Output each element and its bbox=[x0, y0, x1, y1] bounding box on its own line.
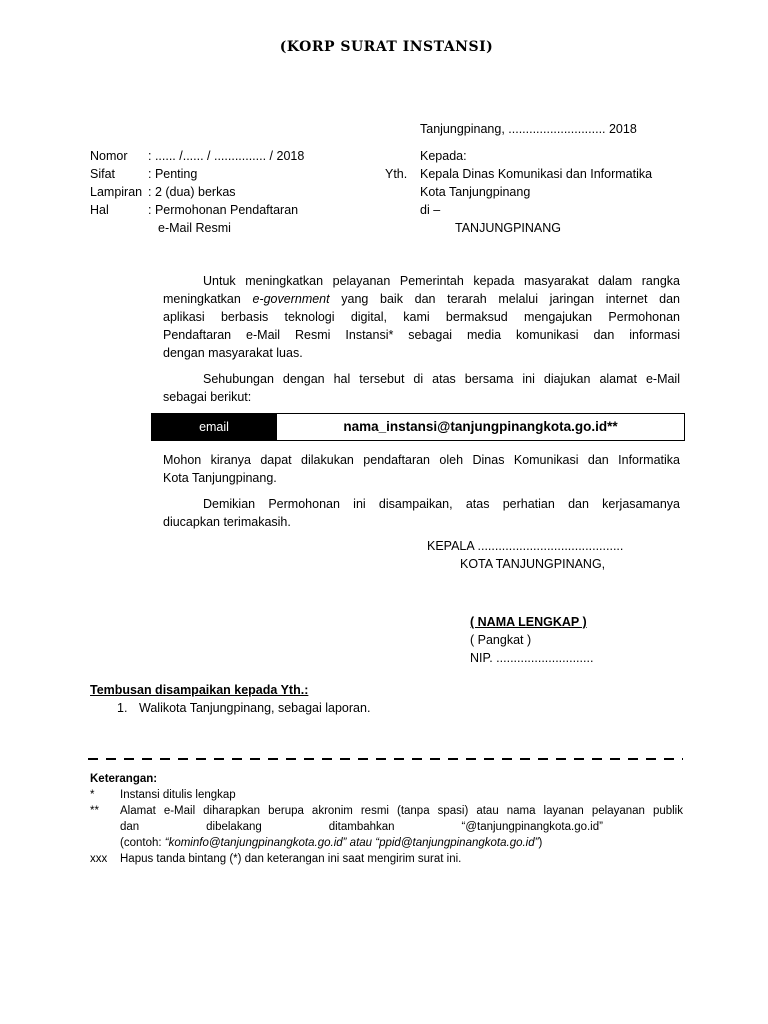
keterangan-item-double-star: ** Alamat e-Mail diharapkan berupa akron… bbox=[90, 803, 683, 851]
word-domain: “@tanjungpinangkota.go.id” bbox=[462, 819, 603, 835]
contoh-suffix: ) bbox=[538, 837, 542, 849]
paragraph-4: Demikian Permohonan ini disampaikan, ata… bbox=[163, 495, 680, 531]
meta-row-lampiran: Lampiran : 2 (dua) berkas bbox=[90, 183, 385, 201]
recipient-city-caps: TANJUNGPINANG bbox=[385, 219, 683, 237]
word-dan: dan bbox=[120, 819, 139, 835]
p3-line2: Kota Tanjungpinang. bbox=[163, 469, 680, 487]
p1-line1: Untuk meningkatkan pelayanan Pemerintah … bbox=[163, 272, 680, 290]
email-table: email nama_instansi@tanjungpinangkota.go… bbox=[151, 413, 685, 441]
dashed-divider bbox=[88, 758, 683, 760]
p3-line1: Mohon kiranya dapat dilakukan pendaftara… bbox=[163, 451, 680, 469]
letter-document: (KORP SURAT INSTANSI) Tanjungpinang, ...… bbox=[0, 0, 768, 1024]
contoh-examples: “kominfo@tanjungpinangkota.go.id” atau “… bbox=[165, 837, 539, 849]
tembusan-item-text: Walikota Tanjungpinang, sebagai laporan. bbox=[139, 699, 370, 717]
signature-block: KEPALA .................................… bbox=[427, 537, 683, 667]
yth-line: Yth. Kepala Dinas Komunikasi dan Informa… bbox=[385, 165, 683, 183]
p2-line2: sebagai berikut: bbox=[163, 388, 680, 406]
kepada-line: Kepada: bbox=[385, 147, 683, 165]
letter-header-block: Nomor : ...... /...... / ...............… bbox=[90, 147, 683, 237]
star-marker: * bbox=[90, 787, 120, 803]
sifat-value: : Penting bbox=[148, 165, 197, 183]
keterangan-item-star: * Instansi ditulis lengkap bbox=[90, 787, 683, 803]
letter-meta-block: Nomor : ...... /...... / ...............… bbox=[90, 147, 385, 237]
double-star-text: Alamat e-Mail diharapkan berupa akronim … bbox=[120, 803, 683, 851]
word-dibelakang: dibelakang bbox=[206, 819, 262, 835]
p1-line2-b: yang baik dan terarah melalui jaringan i… bbox=[330, 292, 680, 306]
double-star-line1: Alamat e-Mail diharapkan berupa akronim … bbox=[120, 803, 683, 819]
nomor-label: Nomor bbox=[90, 147, 148, 165]
email-label-cell: email bbox=[152, 414, 276, 440]
hal-value-continuation: e-Mail Resmi bbox=[90, 219, 385, 237]
p1-line3: aplikasi berbasis teknologi digital, kam… bbox=[163, 308, 680, 326]
signature-name-placeholder: ( NAMA LENGKAP ) bbox=[427, 613, 683, 631]
signature-kepala-line: KEPALA .................................… bbox=[427, 537, 683, 555]
lampiran-label: Lampiran bbox=[90, 183, 148, 201]
signature-rank-placeholder: ( Pangkat ) bbox=[427, 631, 683, 649]
recipient-city: Kota Tanjungpinang bbox=[385, 183, 683, 201]
meta-row-nomor: Nomor : ...... /...... / ...............… bbox=[90, 147, 385, 165]
recipient-name: Kepala Dinas Komunikasi dan Informatika bbox=[420, 165, 652, 183]
p1-line2: meningkatkan e-government yang baik dan … bbox=[163, 290, 680, 308]
lampiran-value: : 2 (dua) berkas bbox=[148, 183, 236, 201]
keterangan-section: Keterangan: * Instansi ditulis lengkap *… bbox=[90, 771, 683, 867]
letter-body: Untuk meningkatkan pelayanan Pemerintah … bbox=[163, 272, 680, 531]
nomor-value: : ...... /...... / ............... / 201… bbox=[148, 147, 304, 165]
double-star-marker: ** bbox=[90, 803, 120, 851]
contoh-prefix: (contoh: bbox=[120, 837, 165, 849]
double-star-line2: dan dibelakang ditambahkan “@tanjungpina… bbox=[120, 819, 603, 835]
recipient-di-line: di – bbox=[385, 201, 683, 219]
signature-nip-line: NIP. ............................ bbox=[427, 649, 683, 667]
date-place-line: Tanjungpinang, .........................… bbox=[420, 120, 683, 138]
p1-line2-a: meningkatkan bbox=[163, 292, 252, 306]
p1-line5: dengan masyarakat luas. bbox=[163, 344, 680, 362]
keterangan-heading: Keterangan: bbox=[90, 771, 683, 787]
email-address-value: nama_instansi@tanjungpinangkota.go.id** bbox=[276, 414, 684, 440]
star-text: Instansi ditulis lengkap bbox=[120, 787, 683, 803]
paragraph-2: Sehubungan dengan hal tersebut di atas b… bbox=[163, 370, 680, 406]
word-ditambahkan: ditambahkan bbox=[329, 819, 395, 835]
meta-row-hal: Hal : Permohonan Pendaftaran bbox=[90, 201, 385, 219]
paragraph-3: Mohon kiranya dapat dilakukan pendaftara… bbox=[163, 451, 680, 487]
meta-row-sifat: Sifat : Penting bbox=[90, 165, 385, 183]
p4-line2: diucapkan terimakasih. bbox=[163, 513, 680, 531]
yth-label: Yth. bbox=[385, 165, 420, 183]
hal-value: : Permohonan Pendaftaran bbox=[148, 201, 298, 219]
xxx-marker: xxx bbox=[90, 851, 120, 867]
tembusan-heading: Tembusan disampaikan kepada Yth.: bbox=[90, 681, 683, 699]
p1-line4: Pendaftaran e-Mail Resmi Instansi* sebag… bbox=[163, 326, 680, 344]
tembusan-item-number: 1. bbox=[117, 699, 139, 717]
letterhead-placeholder-title: (KORP SURAT INSTANSI) bbox=[90, 38, 683, 56]
p4-line1: Demikian Permohonan ini disampaikan, ata… bbox=[163, 495, 680, 513]
tembusan-section: Tembusan disampaikan kepada Yth.: 1. Wal… bbox=[90, 681, 683, 717]
signature-space bbox=[427, 573, 683, 613]
paragraph-1: Untuk meningkatkan pelayanan Pemerintah … bbox=[163, 272, 680, 362]
sifat-label: Sifat bbox=[90, 165, 148, 183]
hal-label: Hal bbox=[90, 201, 148, 219]
xxx-text: Hapus tanda bintang (*) dan keterangan i… bbox=[120, 851, 683, 867]
p2-line1: Sehubungan dengan hal tersebut di atas b… bbox=[163, 370, 680, 388]
p1-line2-italic: e-government bbox=[252, 292, 329, 306]
signature-kota-line: KOTA TANJUNGPINANG, bbox=[427, 555, 683, 573]
tembusan-item-1: 1. Walikota Tanjungpinang, sebagai lapor… bbox=[90, 699, 683, 717]
double-star-line3: (contoh: “kominfo@tanjungpinangkota.go.i… bbox=[120, 835, 683, 851]
recipient-block: Kepada: Yth. Kepala Dinas Komunikasi dan… bbox=[385, 147, 683, 237]
keterangan-item-xxx: xxx Hapus tanda bintang (*) dan keterang… bbox=[90, 851, 683, 867]
